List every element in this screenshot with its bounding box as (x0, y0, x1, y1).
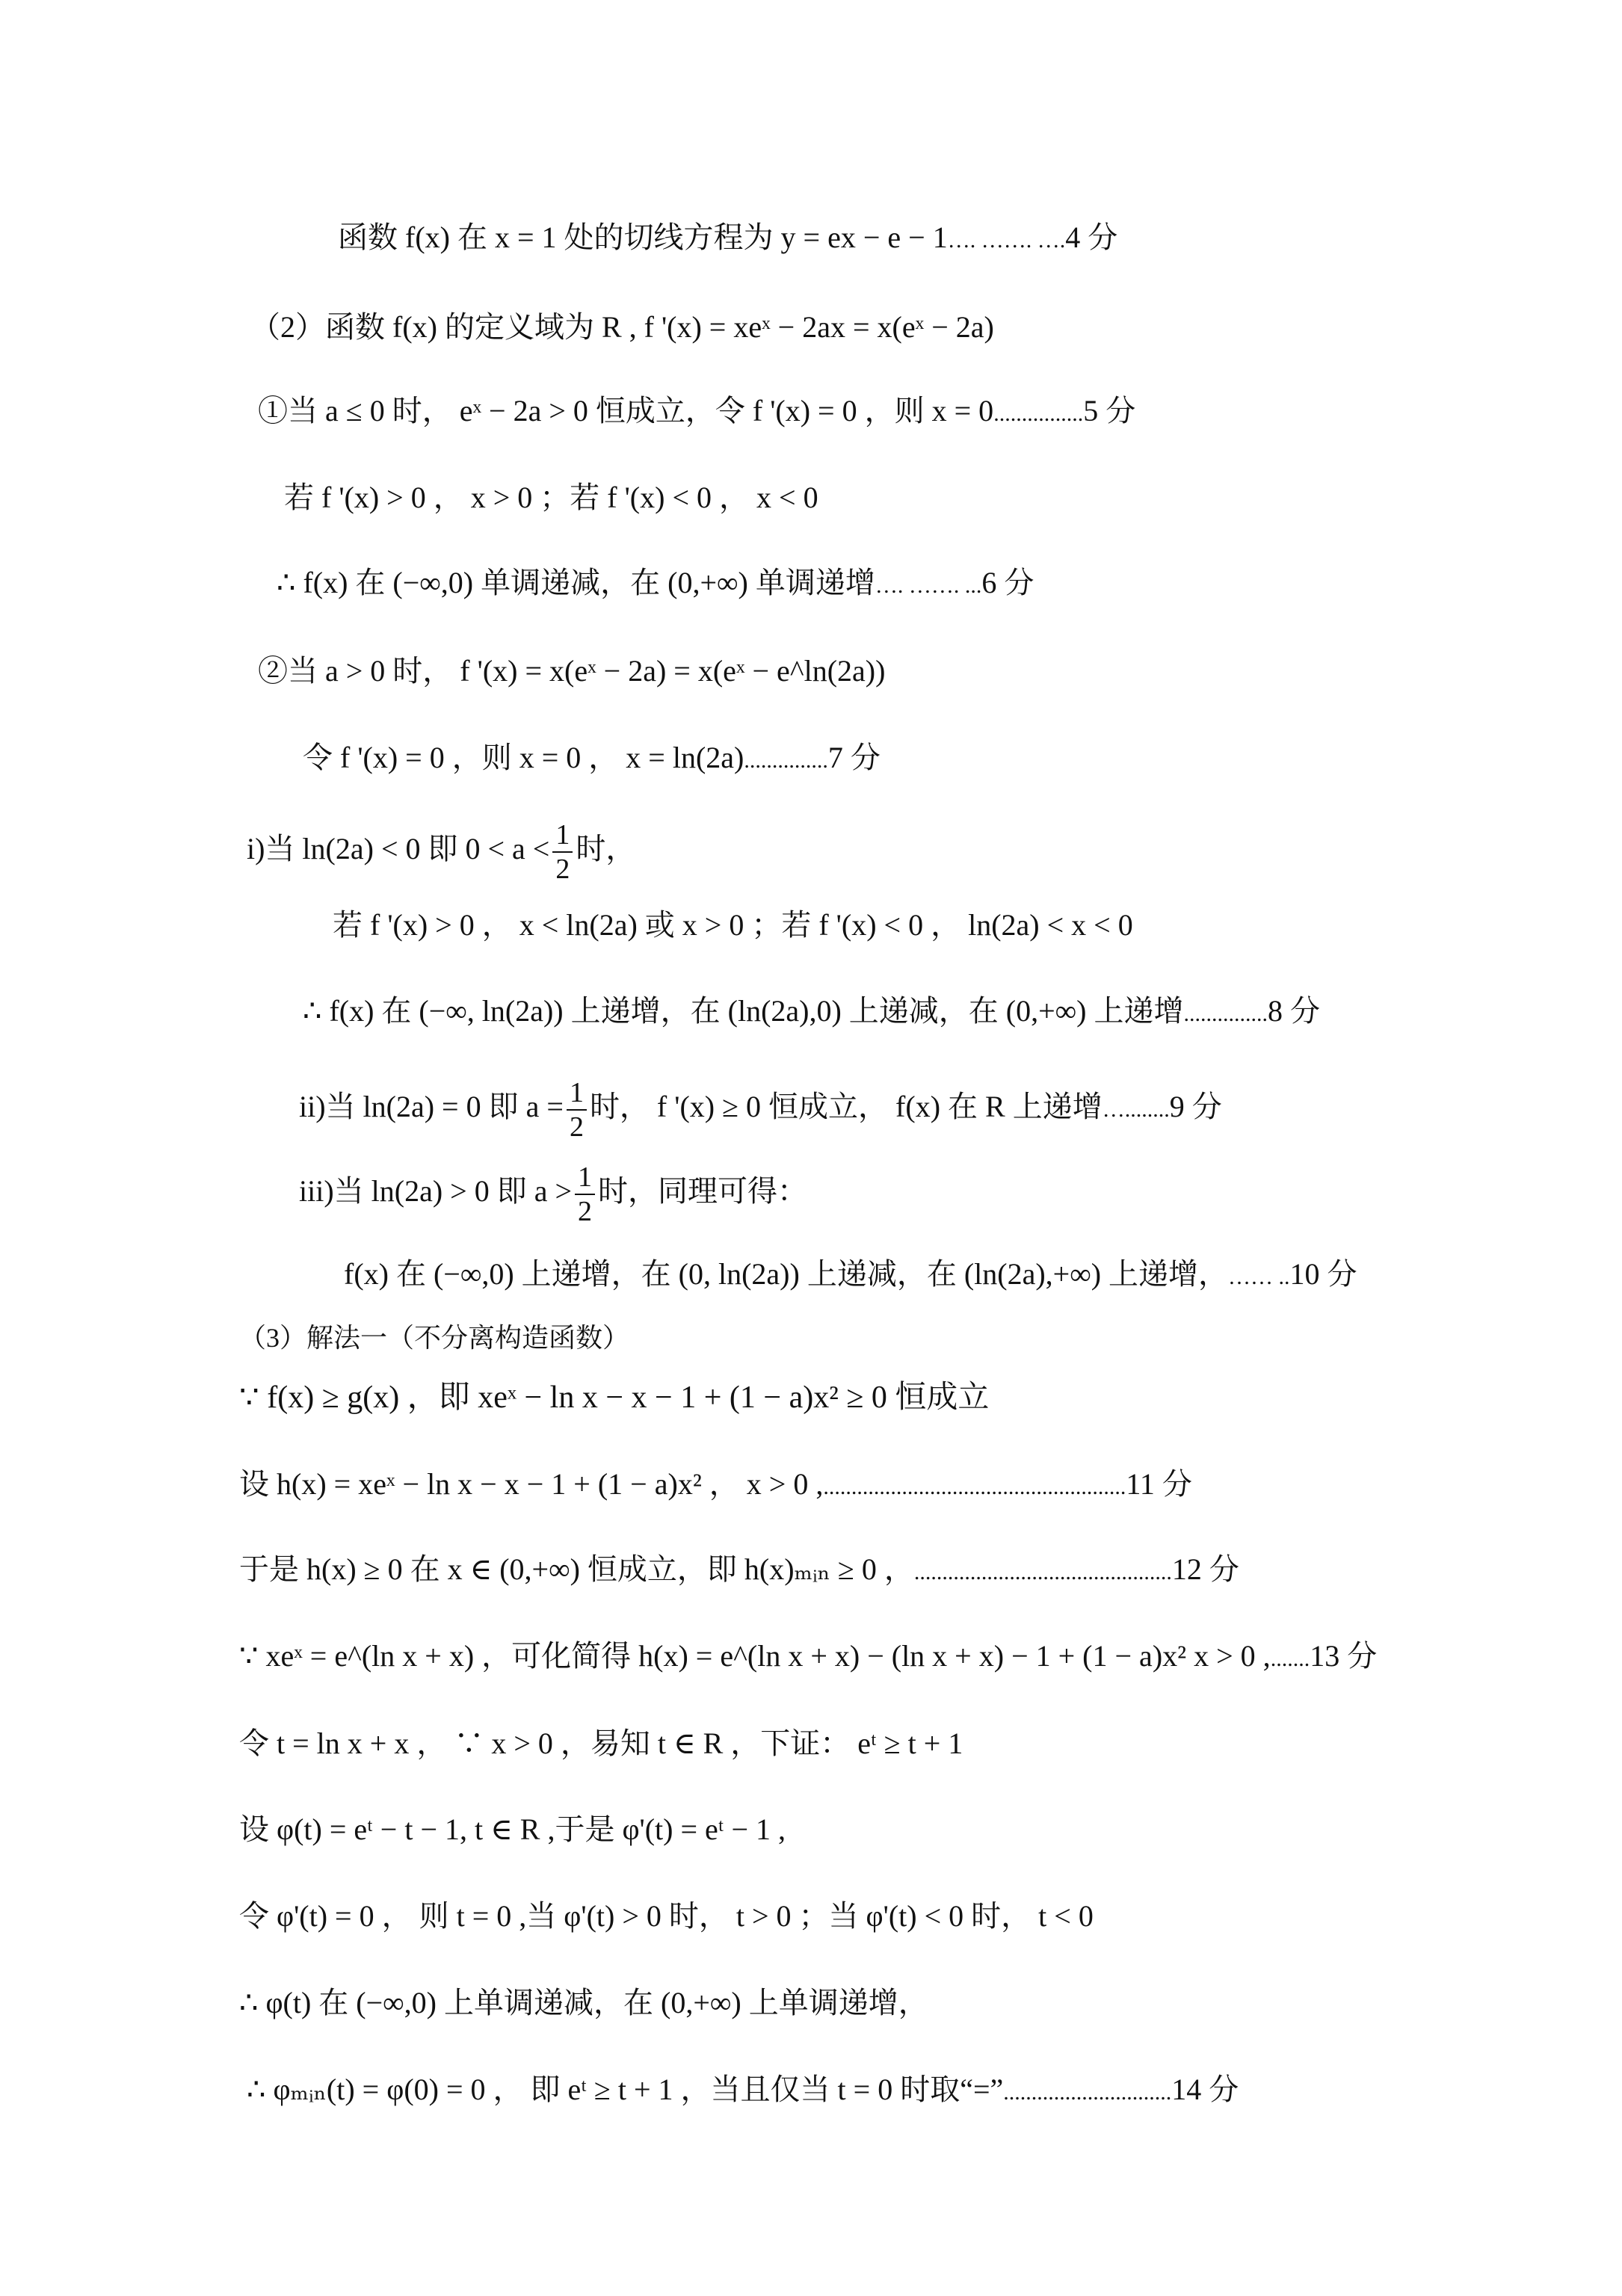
case2-critical-points: 令 f '(x) = 0 ，则 x = 0 ， x = ln(2a)......… (303, 737, 881, 782)
tangent-line-equation: 函数 f(x) 在 x = 1 处的切线方程为 y = ex − e − 1….… (338, 217, 1117, 262)
score-label: 14 分 (1171, 2073, 1239, 2106)
subcase-iii-monotonicity: f(x) 在 (−∞,0) 上递增，在 (0, ln(2a)) 上递减，在 (l… (344, 1253, 1357, 1298)
score-label: 4 分 (1065, 220, 1117, 254)
line-text: ②当 a > 0 时， f '(x) = x(eˣ − 2a) = x(eˣ −… (258, 654, 885, 688)
line-text: （3）解法一（不分离构造函数） (239, 1323, 629, 1353)
line-text: ∴ f(x) 在 (−∞, ln(2a)) 上递增，在 (ln(2a),0) 上… (303, 994, 1184, 1028)
leader-dots: …........ (1103, 1097, 1170, 1122)
leader-dots: ....... (1271, 1647, 1310, 1671)
line-text: 若 f '(x) > 0 ， x < ln(2a) 或 x > 0 ；若 f '… (333, 908, 1133, 942)
leader-dots: …… .. (1228, 1265, 1290, 1289)
case1-sign-analysis: 若 f '(x) > 0 ， x > 0 ；若 f '(x) < 0 ， x <… (284, 477, 818, 519)
line-text-suffix: 时， f '(x) ≥ 0 恒成立， f(x) 在 R 上递增 (590, 1090, 1103, 1123)
phi-monotonicity: ∴ φ(t) 在 (−∞,0) 上单调递减，在 (0,+∞) 上单调递增， (239, 1982, 928, 2024)
fraction-one-half: 12 (552, 818, 573, 886)
case1-monotonicity: ∴ f(x) 在 (−∞,0) 单调递减，在 (0,+∞) 单调递增…. …….… (277, 562, 1034, 607)
line-text: ∵ f(x) ≥ g(x) ，即 xeˣ − ln x − x − 1 + (1… (239, 1380, 989, 1415)
line-text-suffix: 时，同理可得： (598, 1174, 807, 1208)
line-text: 设 φ(t) = eᵗ − t − 1, t ∈ R ,于是 φ'(t) = e… (239, 1812, 786, 1846)
fraction-one-half: 12 (575, 1161, 595, 1228)
leader-dots: ........................................… (823, 1475, 1126, 1499)
score-label: 12 分 (1172, 1552, 1239, 1586)
subcase-i-condition: i)当 ln(2a) < 0 即 0 < a <12时， (247, 818, 635, 886)
leader-dots: ............... (1184, 1002, 1268, 1026)
subcase-i-monotonicity: ∴ f(x) 在 (−∞, ln(2a)) 上递增，在 (ln(2a),0) 上… (303, 990, 1320, 1035)
score-label: 8 分 (1268, 994, 1320, 1028)
line-text: 令 f '(x) = 0 ，则 x = 0 ， x = ln(2a) (303, 741, 744, 774)
substitute-t: 令 t = ln x + x ， ∵ x > 0 ，易知 t ∈ R ，下证： … (239, 1723, 963, 1765)
leader-dots: ........................................… (914, 1560, 1172, 1584)
line-text: ∴ φ(t) 在 (−∞,0) 上单调递减，在 (0,+∞) 上单调递增， (239, 1986, 928, 2019)
leader-dots: …. ……. …. (948, 228, 1066, 253)
line-text: ∴ φₘᵢₙ(t) = φ(0) = 0 ， 即 eᵗ ≥ t + 1 ，当且仅… (247, 2073, 1003, 2106)
score-label: 9 分 (1170, 1090, 1222, 1123)
subcase-ii: ii)当 ln(2a) = 0 即 a =12时， f '(x) ≥ 0 恒成立… (299, 1076, 1222, 1144)
part3-method-heading: （3）解法一（不分离构造函数） (239, 1317, 629, 1359)
score-label: 7 分 (828, 741, 881, 774)
case1-a-nonpositive: ①当 a ≤ 0 时， eˣ − 2a > 0 恒成立，令 f '(x) = 0… (258, 390, 1135, 435)
line-text: f(x) 在 (−∞,0) 上递增，在 (0, ln(2a)) 上递减，在 (l… (344, 1257, 1228, 1291)
case2-a-positive: ②当 a > 0 时， f '(x) = x(eˣ − 2a) = x(eˣ −… (258, 650, 885, 692)
score-label: 6 分 (981, 566, 1034, 599)
leader-dots: ............... (744, 748, 828, 773)
subcase-iii: iii)当 ln(2a) > 0 即 a >12时，同理可得： (299, 1161, 807, 1228)
leader-dots: …. ……. ... (875, 573, 982, 598)
score-label: 11 分 (1126, 1467, 1192, 1501)
leader-dots: .............................. (1003, 2080, 1171, 2105)
line-text: ∴ f(x) 在 (−∞,0) 单调递减，在 (0,+∞) 单调递增 (277, 566, 875, 599)
score-label: 10 分 (1290, 1257, 1357, 1291)
score-label: 13 分 (1310, 1639, 1377, 1673)
score-label: 5 分 (1083, 394, 1135, 428)
line-text: ①当 a ≤ 0 时， eˣ − 2a > 0 恒成立，令 f '(x) = 0… (258, 394, 993, 428)
part3-inequality: ∵ f(x) ≥ g(x) ，即 xeˣ − ln x − x − 1 + (1… (239, 1377, 989, 1419)
line-text: iii)当 ln(2a) > 0 即 a > (299, 1174, 572, 1208)
leader-dots: ................ (993, 401, 1083, 426)
phi-minimum-conclusion: ∴ φₘᵢₙ(t) = φ(0) = 0 ， 即 eᵗ ≥ t + 1 ，当且仅… (247, 2069, 1239, 2114)
define-h-function: 设 h(x) = xeˣ − ln x − x − 1 + (1 − a)x² … (239, 1463, 1192, 1508)
line-text: ii)当 ln(2a) = 0 即 a = (299, 1090, 564, 1123)
subcase-i-sign-analysis: 若 f '(x) > 0 ， x < ln(2a) 或 x > 0 ；若 f '… (333, 904, 1133, 946)
line-text: 令 t = ln x + x ， ∵ x > 0 ，易知 t ∈ R ，下证： … (239, 1726, 963, 1760)
line-text: 令 φ'(t) = 0 ， 则 t = 0 ,当 φ'(t) > 0 时， t … (239, 1899, 1094, 1933)
line-text: 设 h(x) = xeˣ − ln x − x − 1 + (1 − a)x² … (239, 1467, 823, 1501)
fraction-one-half: 12 (567, 1076, 587, 1144)
line-text: （2）函数 f(x) 的定义域为 R , f '(x) = xeˣ − 2ax … (250, 310, 994, 344)
line-text: 若 f '(x) > 0 ， x > 0 ；若 f '(x) < 0 ， x <… (284, 481, 818, 514)
define-phi: 设 φ(t) = eᵗ − t − 1, t ∈ R ,于是 φ'(t) = e… (239, 1809, 786, 1851)
line-text: 于是 h(x) ≥ 0 在 x ∈ (0,+∞) 恒成立，即 h(x)ₘᵢₙ ≥… (239, 1552, 914, 1586)
h-min-condition: 于是 h(x) ≥ 0 在 x ∈ (0,+∞) 恒成立，即 h(x)ₘᵢₙ ≥… (239, 1549, 1239, 1593)
line-text: 函数 f(x) 在 x = 1 处的切线方程为 y = ex − e − 1 (338, 220, 948, 254)
line-text: ∵ xeˣ = e^(ln x + x) ，可化简得 h(x) = e^(ln … (239, 1639, 1271, 1673)
simplify-h: ∵ xeˣ = e^(ln x + x) ，可化简得 h(x) = e^(ln … (239, 1635, 1377, 1680)
phi-sign-analysis: 令 φ'(t) = 0 ， 则 t = 0 ,当 φ'(t) > 0 时， t … (239, 1895, 1094, 1937)
part2-domain-derivative: （2）函数 f(x) 的定义域为 R , f '(x) = xeˣ − 2ax … (250, 306, 994, 348)
line-text-suffix: 时， (576, 832, 635, 865)
line-text: i)当 ln(2a) < 0 即 0 < a < (247, 832, 549, 865)
